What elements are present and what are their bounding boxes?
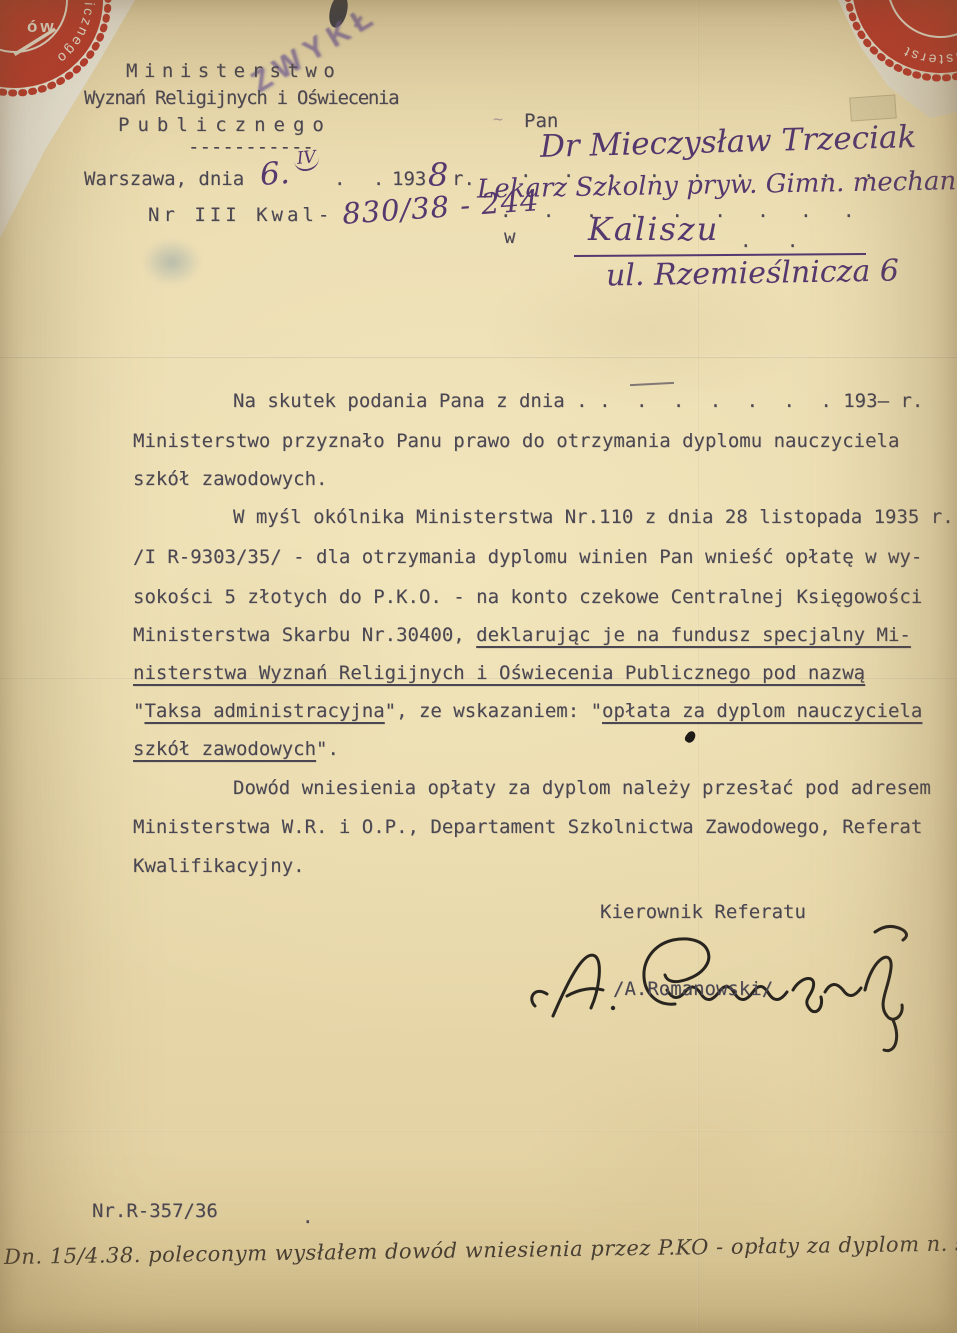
- ministry-name-line3: Publicznego: [118, 114, 332, 136]
- underlined-text: opłata za dyplom nauczyciela: [602, 700, 922, 722]
- ink-dot: [683, 730, 697, 745]
- blank-dash: —: [878, 390, 889, 412]
- date-year-typed: 193: [392, 168, 426, 190]
- tape-remnant: [849, 94, 897, 121]
- body-line: nisterstwa Wyznań Religijnych i Oświecen…: [133, 662, 865, 684]
- date-month-handwritten: IV: [293, 147, 320, 172]
- paper-stain: [520, 1040, 880, 1260]
- underlined-text: deklarując je na fundusz specjalny Mi-: [476, 624, 911, 646]
- dot-leader: . . . . . . .: [599, 390, 832, 412]
- addressee-street-handwritten: ul. Rzemieślnicza 6: [606, 253, 900, 293]
- addressee-city-prefix: w: [504, 226, 515, 248]
- footer-reference-dot: .: [302, 1206, 313, 1228]
- date-suffix: r.: [452, 168, 475, 190]
- addressee-name-handwritten: Dr Mieczysław Trzeciak: [540, 119, 917, 165]
- fold-crease: [0, 1130, 957, 1132]
- body-line: szkół zawodowych".: [133, 738, 339, 760]
- body-line: szkół zawodowych.: [133, 468, 327, 490]
- body-line: Ministerstwa W.R. i O.P., Departament Sz…: [133, 816, 922, 838]
- body-text: 193: [843, 390, 877, 412]
- fold-crease: [0, 356, 957, 358]
- body-text: Na skutek podania Pana z dnia .: [233, 390, 588, 412]
- footer-handwritten-note: Dn. 15/4.38. poleconym wysłałem dowód wn…: [4, 1231, 957, 1269]
- body-line: "Taksa administracyjna", ze wskazaniem: …: [133, 700, 922, 722]
- body-text: ", ze wskazaniem: ": [385, 700, 602, 722]
- body-line: Ministerstwa Skarbu Nr.30400, deklarując…: [133, 624, 911, 646]
- addressee-city-handwritten: Kaliszu: [588, 210, 719, 248]
- place-date-label: Warszawa, dnia: [84, 168, 244, 190]
- signer-typed-name: /A.Romanowski/: [613, 978, 773, 1000]
- svg-text:ów: ów: [27, 17, 57, 36]
- underlined-text: Taksa administracyjna: [144, 700, 384, 722]
- reference-prefix: Nr III Kwal-: [148, 204, 333, 226]
- underlined-text: szkół zawodowych: [133, 738, 316, 760]
- body-text: ".: [316, 738, 339, 760]
- routing-stamp: ZWYKŁ: [245, 0, 384, 100]
- date-year-handwritten: 8: [428, 156, 448, 194]
- document-page: Publicznego ów Ministerst ZWY: [0, 0, 957, 1333]
- body-line: Na skutek podania Pana z dnia . . . . . …: [233, 390, 923, 412]
- ministry-name-line2: Wyznań Religijnych i Oświecenia: [84, 87, 398, 109]
- body-text: Ministerstwa Skarbu Nr.30400,: [133, 624, 476, 646]
- date-dots: . .: [334, 168, 384, 190]
- body-text: ": [133, 700, 144, 722]
- ministry-name-line1: Ministerstwo: [126, 60, 341, 82]
- date-day-handwritten: 6.: [259, 155, 291, 193]
- red-seal-left: Publicznego ów: [0, 0, 115, 100]
- body-line: Ministerstwo przyznało Panu prawo do otr…: [133, 430, 899, 452]
- pencil-overline-mark: [630, 382, 674, 386]
- footer-reference: Nr.R-357/36: [92, 1200, 218, 1222]
- dot-leader-row3: . .: [740, 230, 798, 252]
- body-line: sokości 5 złotych do P.K.O. - na konto c…: [133, 586, 922, 608]
- body-line: Dowód wniesienia opłaty za dyplom należy…: [233, 777, 931, 799]
- body-line: Kwalifikacyjny.: [133, 855, 305, 877]
- body-line: /I R-9303/35/ - dla otrzymania dyplomu w…: [133, 546, 922, 568]
- addressee-smudge: ~: [492, 112, 504, 128]
- body-text: r.: [889, 390, 923, 412]
- ink-smudge: [142, 238, 202, 286]
- red-seal-right: Ministerst: [830, 0, 957, 95]
- body-line: W myśl okólnika Ministerstwa Nr.110 z dn…: [233, 506, 954, 528]
